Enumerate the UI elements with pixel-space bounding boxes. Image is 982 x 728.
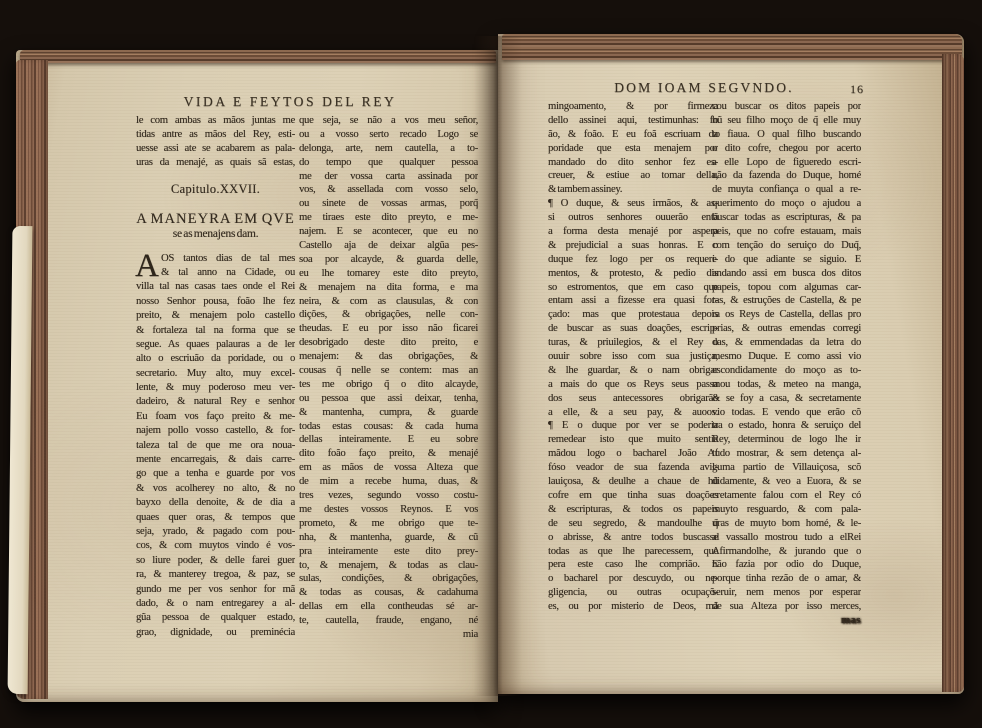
text-line: soa por alcayde, & guarda delle, bbox=[299, 253, 478, 267]
text-line: quaes quer oras, & tempos que bbox=[136, 511, 295, 525]
running-header-right-row: DOM IOAM SEGVNDO. 16 bbox=[548, 80, 860, 96]
left-page-column-2: que seja, se não a vos meu señor,ou a vo… bbox=[299, 114, 478, 640]
text-line: seruir, nem menos por esperar bbox=[712, 586, 861, 600]
text-line: Rey, determinou de logo lhe ir bbox=[712, 433, 861, 447]
text-line: nosso Senhor pousa, foão lhe fez bbox=[136, 295, 295, 309]
text-line: villa tal nas casas taes onde el Rei bbox=[136, 280, 295, 294]
text-line: theudas. E eu por isso não ficarei bbox=[299, 322, 478, 336]
text-line: & escripturas, & todos os papeis bbox=[548, 503, 718, 517]
text-line: so liure poder, & delle farei guer bbox=[136, 554, 295, 568]
text-line: tres vezes, segundo vosso costu- bbox=[299, 489, 478, 503]
text-line: seja, yrado, & pagado com pou- bbox=[136, 525, 295, 539]
text-line: secretario. Muy alto, muy excel- bbox=[136, 367, 295, 381]
text-line: uras de muyto bom homé, & le- bbox=[712, 517, 861, 531]
text-line: grao, dignidade, ou preminécia bbox=[136, 626, 295, 640]
text-line: OS tantos dias de tal mes bbox=[136, 252, 295, 266]
text-line: ra, & manterey tregoa, & paz, se bbox=[136, 568, 295, 582]
text-line: entam assi a fizesse era quasi for- bbox=[548, 294, 718, 308]
text-line: es, ou por misterio de Deos, mã bbox=[548, 600, 718, 614]
text-line: prias, & outras emendas corregi bbox=[712, 322, 861, 336]
right-page: DOM IOAM SEGVNDO. 16 mingoamento, & por … bbox=[498, 34, 964, 694]
text-line: o dito cofre, chegou por acerto bbox=[712, 142, 861, 156]
text-line: segue. As quaes palauras a de ler bbox=[136, 338, 295, 352]
text-line: dello assinei aqui, testimunhas: fo bbox=[548, 114, 718, 128]
catchword-right: mas bbox=[712, 615, 861, 626]
text-line: escondidamente do moço as to- bbox=[712, 364, 861, 378]
text-line: lauiçosa, & deulhe a chaue de hũ bbox=[548, 475, 718, 489]
text-line: mandado do dito senhor fez es- bbox=[548, 156, 718, 170]
text-line: to, & menajem, & todas as clau- bbox=[299, 559, 478, 573]
text-line: mãdou logo o bacharel João Af bbox=[548, 447, 718, 461]
text-line: bayxo della denoite, & de dia a bbox=[136, 496, 295, 510]
text-line: ou a vosso serto recado Logo se bbox=[299, 128, 478, 142]
text-line: gligencia, ou outras ocupaçõ- bbox=[548, 586, 718, 600]
text-line: dadeiro, & natural Rey e senhor bbox=[136, 395, 295, 409]
running-header-left: VIDA E FEYTOS DEL REY bbox=[130, 94, 450, 110]
text-line: mou todas, & meteo na manga, bbox=[712, 378, 861, 392]
section-title: A MANEYRA EM QVE bbox=[136, 211, 295, 227]
text-line: porque tinha rezão de o amar, & bbox=[712, 572, 861, 586]
text-line: mente encarregais, & dais carre- bbox=[136, 453, 295, 467]
text-line: taleza tal de que me ora noua- bbox=[136, 439, 295, 453]
text-line: todas as que lhe parecessem, que bbox=[548, 545, 718, 559]
text-line: o abrisse, & antre todos buscasse bbox=[548, 531, 718, 545]
text-line: de mim a recebe huma, duas, & bbox=[299, 475, 478, 489]
text-line: a forma desta menajé por aspera bbox=[548, 225, 718, 239]
text-line: preito, & menajem polo castello bbox=[136, 309, 295, 323]
text-line: ou pessoa que assi deixar, tenha, bbox=[299, 392, 478, 406]
text-line: pera este caso lhe comprião. E bbox=[548, 558, 718, 572]
text-line: de sua Alteza por isso merces, bbox=[712, 600, 861, 614]
text-line: tra o estado, honra & seruiço del bbox=[712, 419, 861, 433]
text-line: dellas em ella contheudas sé ar- bbox=[299, 600, 478, 614]
text-line: remedear isto que muito sentia bbox=[548, 433, 718, 447]
text-line: buscar todas as escripturas, & pa bbox=[712, 211, 861, 225]
text-line: me der vossa carta assinada por bbox=[299, 170, 478, 184]
text-line: gundo me per vos senhor for mã bbox=[136, 583, 295, 597]
col2-lines: que seja, se não a vos meu señor,ou a vo… bbox=[299, 114, 478, 628]
text-line: uras da menajé, as quais sã estas, bbox=[136, 156, 295, 170]
text-line: tudo mostrar, & sem detença al- bbox=[712, 447, 861, 461]
text-line: & prejudicial a suas honras. E o bbox=[548, 239, 718, 253]
text-line: muyto resguardo, & com pala- bbox=[712, 503, 861, 517]
text-line: uesse assi ate se acabarem as pala- bbox=[136, 142, 295, 156]
text-line: o bacharel por descuydo, ou ne- bbox=[548, 572, 718, 586]
text-line: me destes vossos Reynos. E vos bbox=[299, 503, 478, 517]
text-line: a elle, & a seu pay, & auoos. bbox=[548, 406, 718, 420]
text-line: menajem: & das obrigações, & bbox=[299, 350, 478, 364]
text-line: didamente, & veo a Euora, & se bbox=[712, 475, 861, 489]
text-line: creuer, & estiue ao tomar della, bbox=[548, 169, 718, 183]
text-line: alto o escriuão da poridade, ou o bbox=[136, 352, 295, 366]
text-line: dado, & o nam entregarey a al- bbox=[136, 597, 295, 611]
text-line: so estromentos, que em caso que bbox=[548, 281, 718, 295]
text-line: querimento do moço o ajudou a bbox=[712, 197, 861, 211]
text-line: poridade que esta menajem por bbox=[548, 142, 718, 156]
text-line: mingoamento, & por firmeza bbox=[548, 100, 718, 114]
text-line: dos seus antecessores obrigarão bbox=[548, 392, 718, 406]
text-line: gũa pessoa de qualquer estado, bbox=[136, 611, 295, 625]
text-line: papeis, topou com algumas car- bbox=[712, 281, 861, 295]
text-line: peis, que no cofre estauam, mais bbox=[712, 225, 861, 239]
text-line: & se foy a casa, & secretamente bbox=[712, 392, 861, 406]
photo-scene: VIDA E FEYTOS DEL REY le com ambas as mã… bbox=[0, 0, 982, 728]
text-line: duque fez logo per os requeri- bbox=[548, 253, 718, 267]
text-line: fóso veador de sua fazenda avil- bbox=[548, 461, 718, 475]
text-line: tas, & estruções de Castella, & pe bbox=[712, 294, 861, 308]
drop-cap-letter: A bbox=[135, 252, 159, 281]
text-line: go que a tenha e guarde por vos bbox=[136, 467, 295, 481]
text-line: cousas q̃ nelle se contem: mas an bbox=[299, 364, 478, 378]
text-line: & vos acolherey no alto, & no bbox=[136, 482, 295, 496]
text-line: ouuir sobre isso com sua justiça, bbox=[548, 350, 718, 364]
text-line: sulas, condições, & obrigações, bbox=[299, 572, 478, 586]
book-photo: { "colors": { "background": "#150f0b", "… bbox=[0, 0, 982, 728]
text-line: cofre em que tinha suas doações bbox=[548, 489, 718, 503]
text-line: Afirmandolhe, & jurando que o bbox=[712, 545, 861, 559]
left-page-column-1: le com ambas as mãos juntas metidas antr… bbox=[136, 114, 295, 640]
page-number: 16 bbox=[850, 82, 864, 97]
text-line: em as mãos de vossa Alteza que bbox=[299, 461, 478, 475]
text-line: ou sinete de vossas armas, porq̃ bbox=[299, 197, 478, 211]
text-line: andando assi em busca dos ditos bbox=[712, 267, 861, 281]
text-line: & tambem assiney. bbox=[548, 183, 718, 197]
text-line: ra os Reys de Castella, dellas pro bbox=[712, 308, 861, 322]
text-line: cou buscar os ditos papeis por bbox=[712, 100, 861, 114]
fore-edge-right bbox=[942, 54, 964, 692]
text-line: do tempo que qualquer pessoa bbox=[299, 156, 478, 170]
text-line: hũ seu filho moço de q̃ elle muy bbox=[712, 114, 861, 128]
text-line: vio todas. E vendo que erão cõ bbox=[712, 406, 861, 420]
left-page: VIDA E FEYTOS DEL REY le com ambas as mã… bbox=[16, 50, 498, 702]
text-line: a elle Lopo de figueredo escri- bbox=[712, 156, 861, 170]
text-line: guma partio de Villauiçosa, scõ bbox=[712, 461, 861, 475]
text-line: najem. E se acontecer, que eu no bbox=[299, 225, 478, 239]
text-line: cos, & com muytos vindo é vos- bbox=[136, 539, 295, 553]
catchword-left: mia bbox=[299, 629, 478, 640]
text-line: najem pollo vosso castello, & for- bbox=[136, 424, 295, 438]
text-line: & todas as cousas, & cadahuma bbox=[299, 586, 478, 600]
text-line: desobrigado deste dito preito, e bbox=[299, 336, 478, 350]
text-line: tidas antre as mãos del Rey, esti- bbox=[136, 128, 295, 142]
text-line: de muyta confiança o qual a re- bbox=[712, 183, 861, 197]
text-line: que seja, se não a vos meu señor, bbox=[299, 114, 478, 128]
text-line: de buscar as suas doações, escrip- bbox=[548, 322, 718, 336]
text-line: le com ambas as mãos juntas me bbox=[136, 114, 295, 128]
text-line: cretamente falou com el Rey có bbox=[712, 489, 861, 503]
text-line: delonga, arte, nem cautella, a to- bbox=[299, 142, 478, 156]
page-stack-edge-top-right bbox=[502, 34, 962, 60]
text-line: dellas inteiramente. E eu sobre bbox=[299, 433, 478, 447]
text-line: & tal anno na Cidade, ou bbox=[136, 266, 295, 280]
text-line: eu lhe tomarey este dito preyto, bbox=[299, 267, 478, 281]
right-page-column-1: mingoamento, & por firmezadello assinei … bbox=[548, 100, 718, 614]
text-line: de seu segredo, & mandoulhe q̃ bbox=[548, 517, 718, 531]
text-line: & lhe guardar, & o nam obrigar bbox=[548, 364, 718, 378]
col1-lines: mingoamento, & por firmezadello assinei … bbox=[548, 100, 718, 614]
text-line: & mantenha, cumpra, & guarde bbox=[299, 406, 478, 420]
col1-body-lines: OS tantos dias de tal mes& tal anno na C… bbox=[136, 252, 295, 641]
text-line: vos, & assellada com vosso selo, bbox=[299, 183, 478, 197]
right-page-column-2: cou buscar os ditos papeis porhũ seu fil… bbox=[712, 100, 861, 626]
text-line: & menajem na dita forma, e ma bbox=[299, 281, 478, 295]
text-line: a mais do que os Reys seus passa bbox=[548, 378, 718, 392]
text-line: Castello aja de deixar algũa pes- bbox=[299, 239, 478, 253]
text-line: com tenção do seruiço do Duq̃, bbox=[712, 239, 861, 253]
text-line: dito foão faço preito, & menajé bbox=[299, 447, 478, 461]
text-line: al vassallo mostrou tudo a elRei bbox=[712, 531, 861, 545]
text-line: mesmo Duque. E como assi vio bbox=[712, 350, 861, 364]
running-header-right: DOM IOAM SEGVNDO. bbox=[548, 80, 860, 96]
text-line: todas estas cousas: & cada huma bbox=[299, 420, 478, 434]
opening-paragraph: A OS tantos dias de tal mes& tal anno na… bbox=[136, 252, 295, 641]
text-line: das, & emmendadas da letra do bbox=[712, 336, 861, 350]
text-line: dições, & obrigações, nelle con- bbox=[299, 308, 478, 322]
section-subtitle: se as menajens dam. bbox=[136, 227, 295, 241]
col1-intro-lines: le com ambas as mãos juntas metidas antr… bbox=[136, 114, 295, 170]
text-line: turas, & priuilegios, & el Rey o bbox=[548, 336, 718, 350]
text-line: ¶ O duque, & seus irmãos, & as- bbox=[548, 197, 718, 211]
text-line: ¶ E o duque por ver se poderia bbox=[548, 419, 718, 433]
text-line: nha, & mantenha, guarde, & cũ bbox=[299, 531, 478, 545]
text-line: & fortaleza tal na forma que se bbox=[136, 324, 295, 338]
text-line: neira, & com as clausulas, & con bbox=[299, 295, 478, 309]
text-line: tes me obrigo q̃ o dito alcayde, bbox=[299, 378, 478, 392]
text-line: te, cautella, fraude, engano, né bbox=[299, 614, 478, 628]
text-line: me tiraes este dito preyto, e me- bbox=[299, 211, 478, 225]
text-line: ão, & foão. E eu foã escriuam da bbox=[548, 128, 718, 142]
page-stack-edge-top-left bbox=[20, 50, 496, 63]
col2-lines: cou buscar os ditos papeis porhũ seu fil… bbox=[712, 100, 861, 614]
text-line: mentos, & protesto, & pedio dis bbox=[548, 267, 718, 281]
text-line: si outros senhores ouuerão entã bbox=[548, 211, 718, 225]
text-line: não fazia por odio do Duque, bbox=[712, 558, 861, 572]
text-line: prometo, & me obrigo que te- bbox=[299, 517, 478, 531]
text-line: uão da fazenda do Duque, homé bbox=[712, 169, 861, 183]
text-line: lente, & muy poderoso meu ver- bbox=[136, 381, 295, 395]
text-line: pra inteiramente este dito prey- bbox=[299, 545, 478, 559]
text-line: Eu foam vos faço preito & me- bbox=[136, 410, 295, 424]
text-line: to fiaua. O qual filho buscando bbox=[712, 128, 861, 142]
chapter-heading: Capitulo.XXVII. bbox=[136, 182, 295, 196]
text-line: çado: mas que protestaua depois bbox=[548, 308, 718, 322]
text-line: e do que adiante se siguio. E bbox=[712, 253, 861, 267]
